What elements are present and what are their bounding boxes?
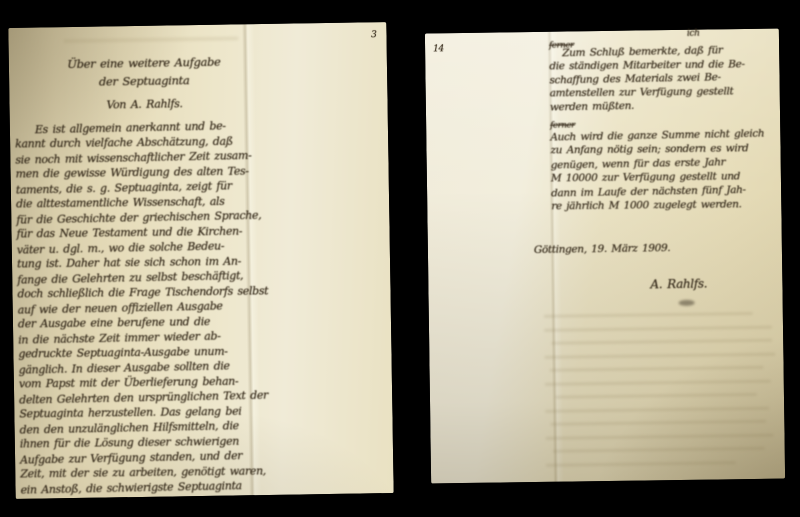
right-page-paragraph2: Auch wird die ganze Summe nicht gleich z… [550,128,781,215]
ink-showthrough-line [64,36,239,43]
manuscript-byline: Von A. Rahlfs. [39,96,249,112]
manuscript-title-line2: der Septuaginta [39,72,249,89]
left-page-body: Es ist allgemein anerkannt und be- kannt… [15,118,267,497]
dateline: Göttingen, 19. März 1909. [534,242,671,256]
bleedthrough-line [551,339,772,345]
bleedthrough-line [553,447,765,453]
bleedthrough-line [544,312,753,318]
bleedthrough-line [546,461,736,467]
bleedthrough-line [544,352,775,358]
ink-smudge [679,300,695,306]
right-page: 14 ferner ich Zum Schluß bemerkte, daß f… [425,29,785,484]
bleedthrough-line [545,379,771,385]
interlinear-insertion: ich [687,29,700,39]
manuscript-line: werden müßten. [550,98,778,116]
bleedthrough-line [549,366,763,372]
manuscript-line: re jährlich M 1000 zugelegt werden. [551,197,781,213]
bleedthrough-line [544,325,772,331]
bleedthrough-block [544,312,784,477]
manuscript-title-line1: Über eine weitere Aufgabe [39,54,249,71]
right-page-paragraph1: Zum Schluß bemerkte, daß für die ständig… [549,44,778,115]
bleedthrough-line [554,393,756,399]
right-page-number: 14 [433,44,444,54]
bleedthrough-line [550,420,767,426]
photograph-of-manuscript: 3 Über eine weitere Aufgabe der Septuagi… [0,0,800,517]
struck-margin-word: ferner [550,120,575,130]
bleedthrough-line [546,433,774,439]
left-page: 3 Über eine weitere Aufgabe der Septuagi… [8,22,393,499]
bleedthrough-line [545,406,769,412]
left-page-number: 3 [371,30,377,40]
signature: A. Rahlfs. [650,277,707,292]
